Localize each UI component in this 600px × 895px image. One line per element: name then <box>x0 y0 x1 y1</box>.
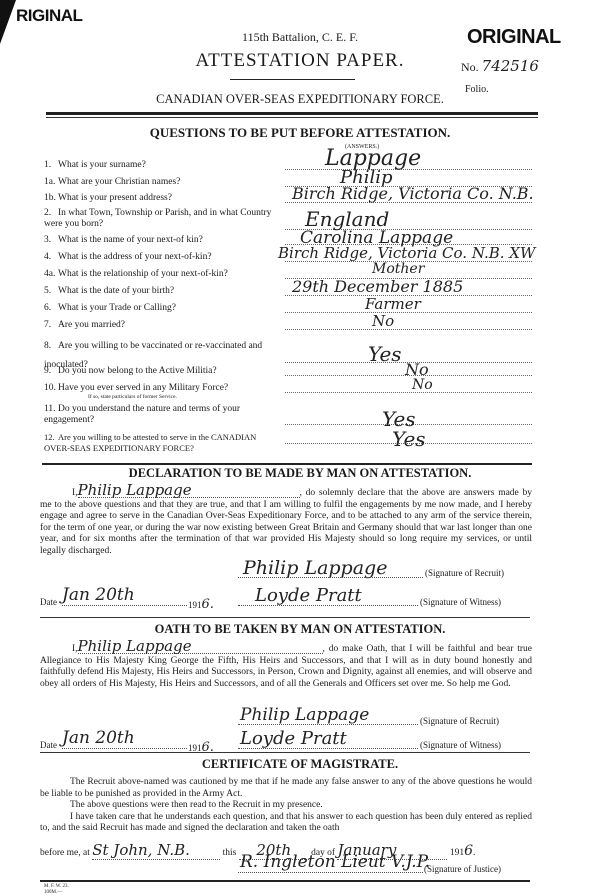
number-label: No. <box>461 60 479 74</box>
declaration-date: Jan 20th <box>62 585 187 606</box>
original-stamp-right: ORIGINAL <box>467 26 561 49</box>
force-label: CANADIAN OVER-SEAS EXPEDITIONARY FORCE. <box>0 92 600 107</box>
certificate-paragraph-2: The above questions were then read to th… <box>40 800 532 812</box>
title-underline <box>230 79 355 80</box>
number-value: 742516 <box>482 57 539 75</box>
certificate-text: The Recruit above-named was cautioned by… <box>40 777 532 835</box>
question-11: 11.Do you understand the nature and term… <box>44 404 279 426</box>
date-label: Date <box>40 597 57 607</box>
declaration-name: Philip Lappage <box>78 485 300 498</box>
answer-trade: Farmer <box>365 295 600 313</box>
section-divider-thin <box>46 117 538 118</box>
declaration-witness-signature: Loyde Pratt <box>255 585 362 606</box>
oath-recruit-signature-line <box>238 724 418 725</box>
justice-signature-label: (Signature of Justice) <box>424 864 501 874</box>
answer-present-address: Birch Ridge, Victoria Co. N.B. <box>292 184 539 203</box>
section-divider <box>40 752 530 753</box>
question-4a: 4a.What is the relationship of your next… <box>44 269 228 280</box>
questions-section-title: QUESTIONS TO BE PUT BEFORE ATTESTATION. <box>0 125 600 141</box>
question-2: 2.In what Town, Township or Parish, and … <box>44 208 279 230</box>
oath-witness-signature-label: (Signature of Witness) <box>420 740 501 750</box>
regimental-number: No. 742516 <box>461 57 539 75</box>
oath-name: Philip Lappage <box>78 641 323 654</box>
question-5: 5.What is the date of your birth? <box>44 286 174 297</box>
question-1a: 1a.What are your Christian names? <box>44 177 180 188</box>
question-10-note: If so, state particulars of former Servi… <box>88 394 177 400</box>
section-divider <box>42 463 532 465</box>
question-3: 3.What is the name of your next-of kin? <box>44 235 203 246</box>
oath-witness-signature: Loyde Pratt <box>240 728 347 749</box>
recruit-signature-label: (Signature of Recruit) <box>425 568 504 578</box>
witness-signature-line <box>238 605 418 606</box>
print-run: 100M.— <box>44 890 62 895</box>
question-10: 10.Have you ever served in any Military … <box>44 383 228 394</box>
oath-title: OATH TO BE TAKEN BY MAN ON ATTESTATION. <box>0 622 600 637</box>
question-6: 6.What is your Trade or Calling? <box>44 303 176 314</box>
oath-recruit-signature-label: (Signature of Recruit) <box>420 716 499 726</box>
question-1b: 1b.What is your present address? <box>44 193 172 204</box>
declaration-year: 1916. <box>188 597 214 612</box>
oath-date: Jan 20th <box>62 728 187 749</box>
certificate-paragraph-3: I have taken care that he understands ea… <box>40 812 532 835</box>
oath-recruit-signature: Philip Lappage <box>240 705 369 725</box>
answer-birth-date: 29th December 1885 <box>292 277 539 296</box>
answer-next-of-kin-address: Birch Ridge, Victoria Co. N.B. XW <box>278 244 598 262</box>
answer-willing-to-serve: Yes <box>392 427 600 451</box>
section-divider <box>40 617 530 618</box>
recruit-signature-line <box>238 577 423 578</box>
section-divider <box>46 112 538 115</box>
question-7: 7.Are you married? <box>44 320 125 331</box>
original-stamp-left: RIGINAL <box>16 6 82 26</box>
justice-signature: R. Ingleton Lieut V.J.P. <box>240 852 430 872</box>
declaration-text: I,Philip Lappage, do solemnly declare th… <box>40 485 532 558</box>
declaration-title: DECLARATION TO BE MADE BY MAN ON ATTESTA… <box>0 466 600 481</box>
oath-witness-signature-line <box>238 748 418 749</box>
justice-signature-line <box>238 872 423 873</box>
answer-military-service: No <box>412 377 600 393</box>
declaration-recruit-signature: Philip Lappage <box>243 557 387 579</box>
question-4: 4.What is the address of your next-of-ki… <box>44 252 212 263</box>
witness-signature-label: (Signature of Witness) <box>420 597 501 607</box>
oath-date-label: Date <box>40 740 57 750</box>
certificate-paragraph-1: The Recruit above-named was cautioned by… <box>40 777 532 800</box>
answer-relationship: Mother <box>372 261 600 277</box>
folio-label: Folio. <box>465 84 489 95</box>
oath-text: I,Philip Lappage, do make Oath, that I w… <box>40 641 532 690</box>
question-1: 1.What is your surname? <box>44 160 146 171</box>
certificate-title: CERTIFICATE OF MAGISTRATE. <box>0 757 600 772</box>
section-divider <box>40 880 530 882</box>
question-9: 9.Do you now belong to the Active Militi… <box>44 366 217 377</box>
question-12: 12.Are you willing to be attested to ser… <box>44 432 266 454</box>
answer-married: No <box>372 312 600 330</box>
form-code: M. F. W. 23. <box>44 884 69 889</box>
certificate-place: St John, N.B. <box>92 841 220 860</box>
